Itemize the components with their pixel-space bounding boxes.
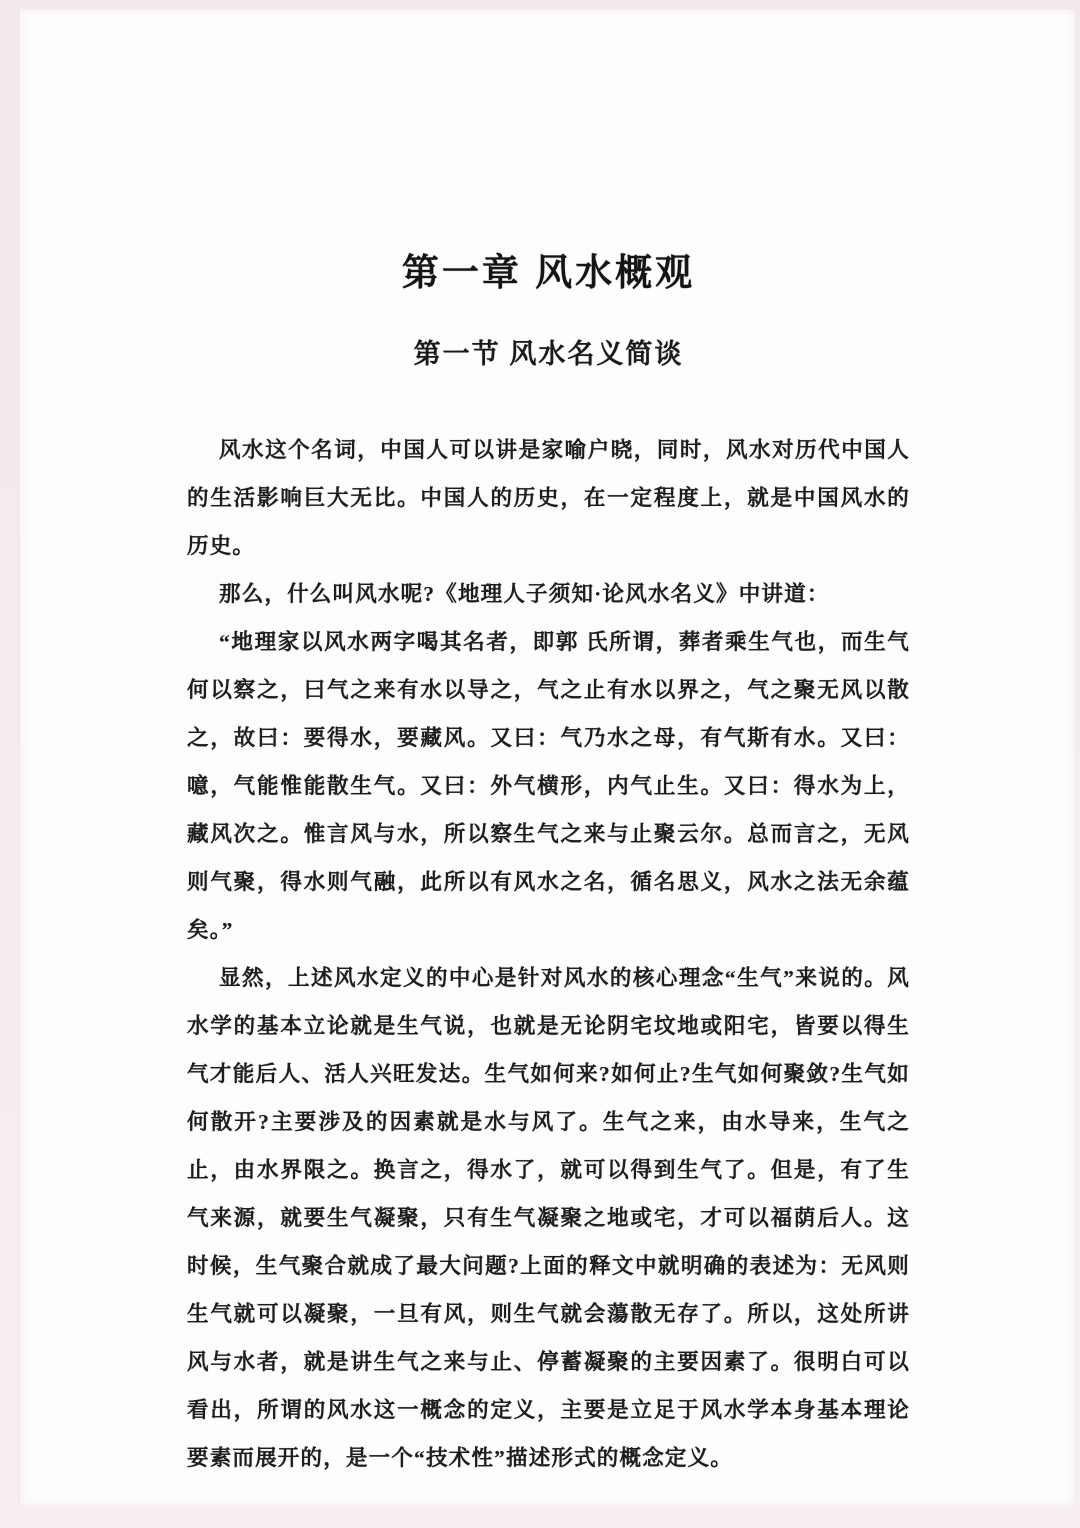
paragraph-analysis: 显然，上述风水定义的中心是针对风水的核心理念“生气”来说的。风水学的基本立论就是… (187, 954, 910, 1482)
section-title: 第一节 风水名义简谈 (187, 339, 910, 369)
paragraph-question: 那么，什么叫风水呢?《地理人子须知·论风水名义》中讲道： (187, 570, 910, 618)
chapter-title: 第一章 风水概观 (187, 253, 910, 293)
page-content: 第一章 风水概观 第一节 风水名义简谈 风水这个名词，中国人可以讲是家喻户晓，同… (187, 9, 910, 1482)
paragraph-classic-quote: “地理家以风水两字喝其名者，即郭 氏所谓，葬者乘生气也，而生气何以察之，曰气之来… (187, 618, 910, 954)
body-text: 风水这个名词，中国人可以讲是家喻户晓，同时，风水对历代中国人的生活影响巨大无比。… (187, 426, 910, 1482)
page-surface: 第一章 风水概观 第一节 风水名义简谈 风水这个名词，中国人可以讲是家喻户晓，同… (18, 8, 1075, 1506)
scanned-book-photo: 第一章 风水概观 第一节 风水名义简谈 风水这个名词，中国人可以讲是家喻户晓，同… (0, 0, 1080, 1528)
paragraph-intro: 风水这个名词，中国人可以讲是家喻户晓，同时，风水对历代中国人的生活影响巨大无比。… (187, 426, 910, 570)
